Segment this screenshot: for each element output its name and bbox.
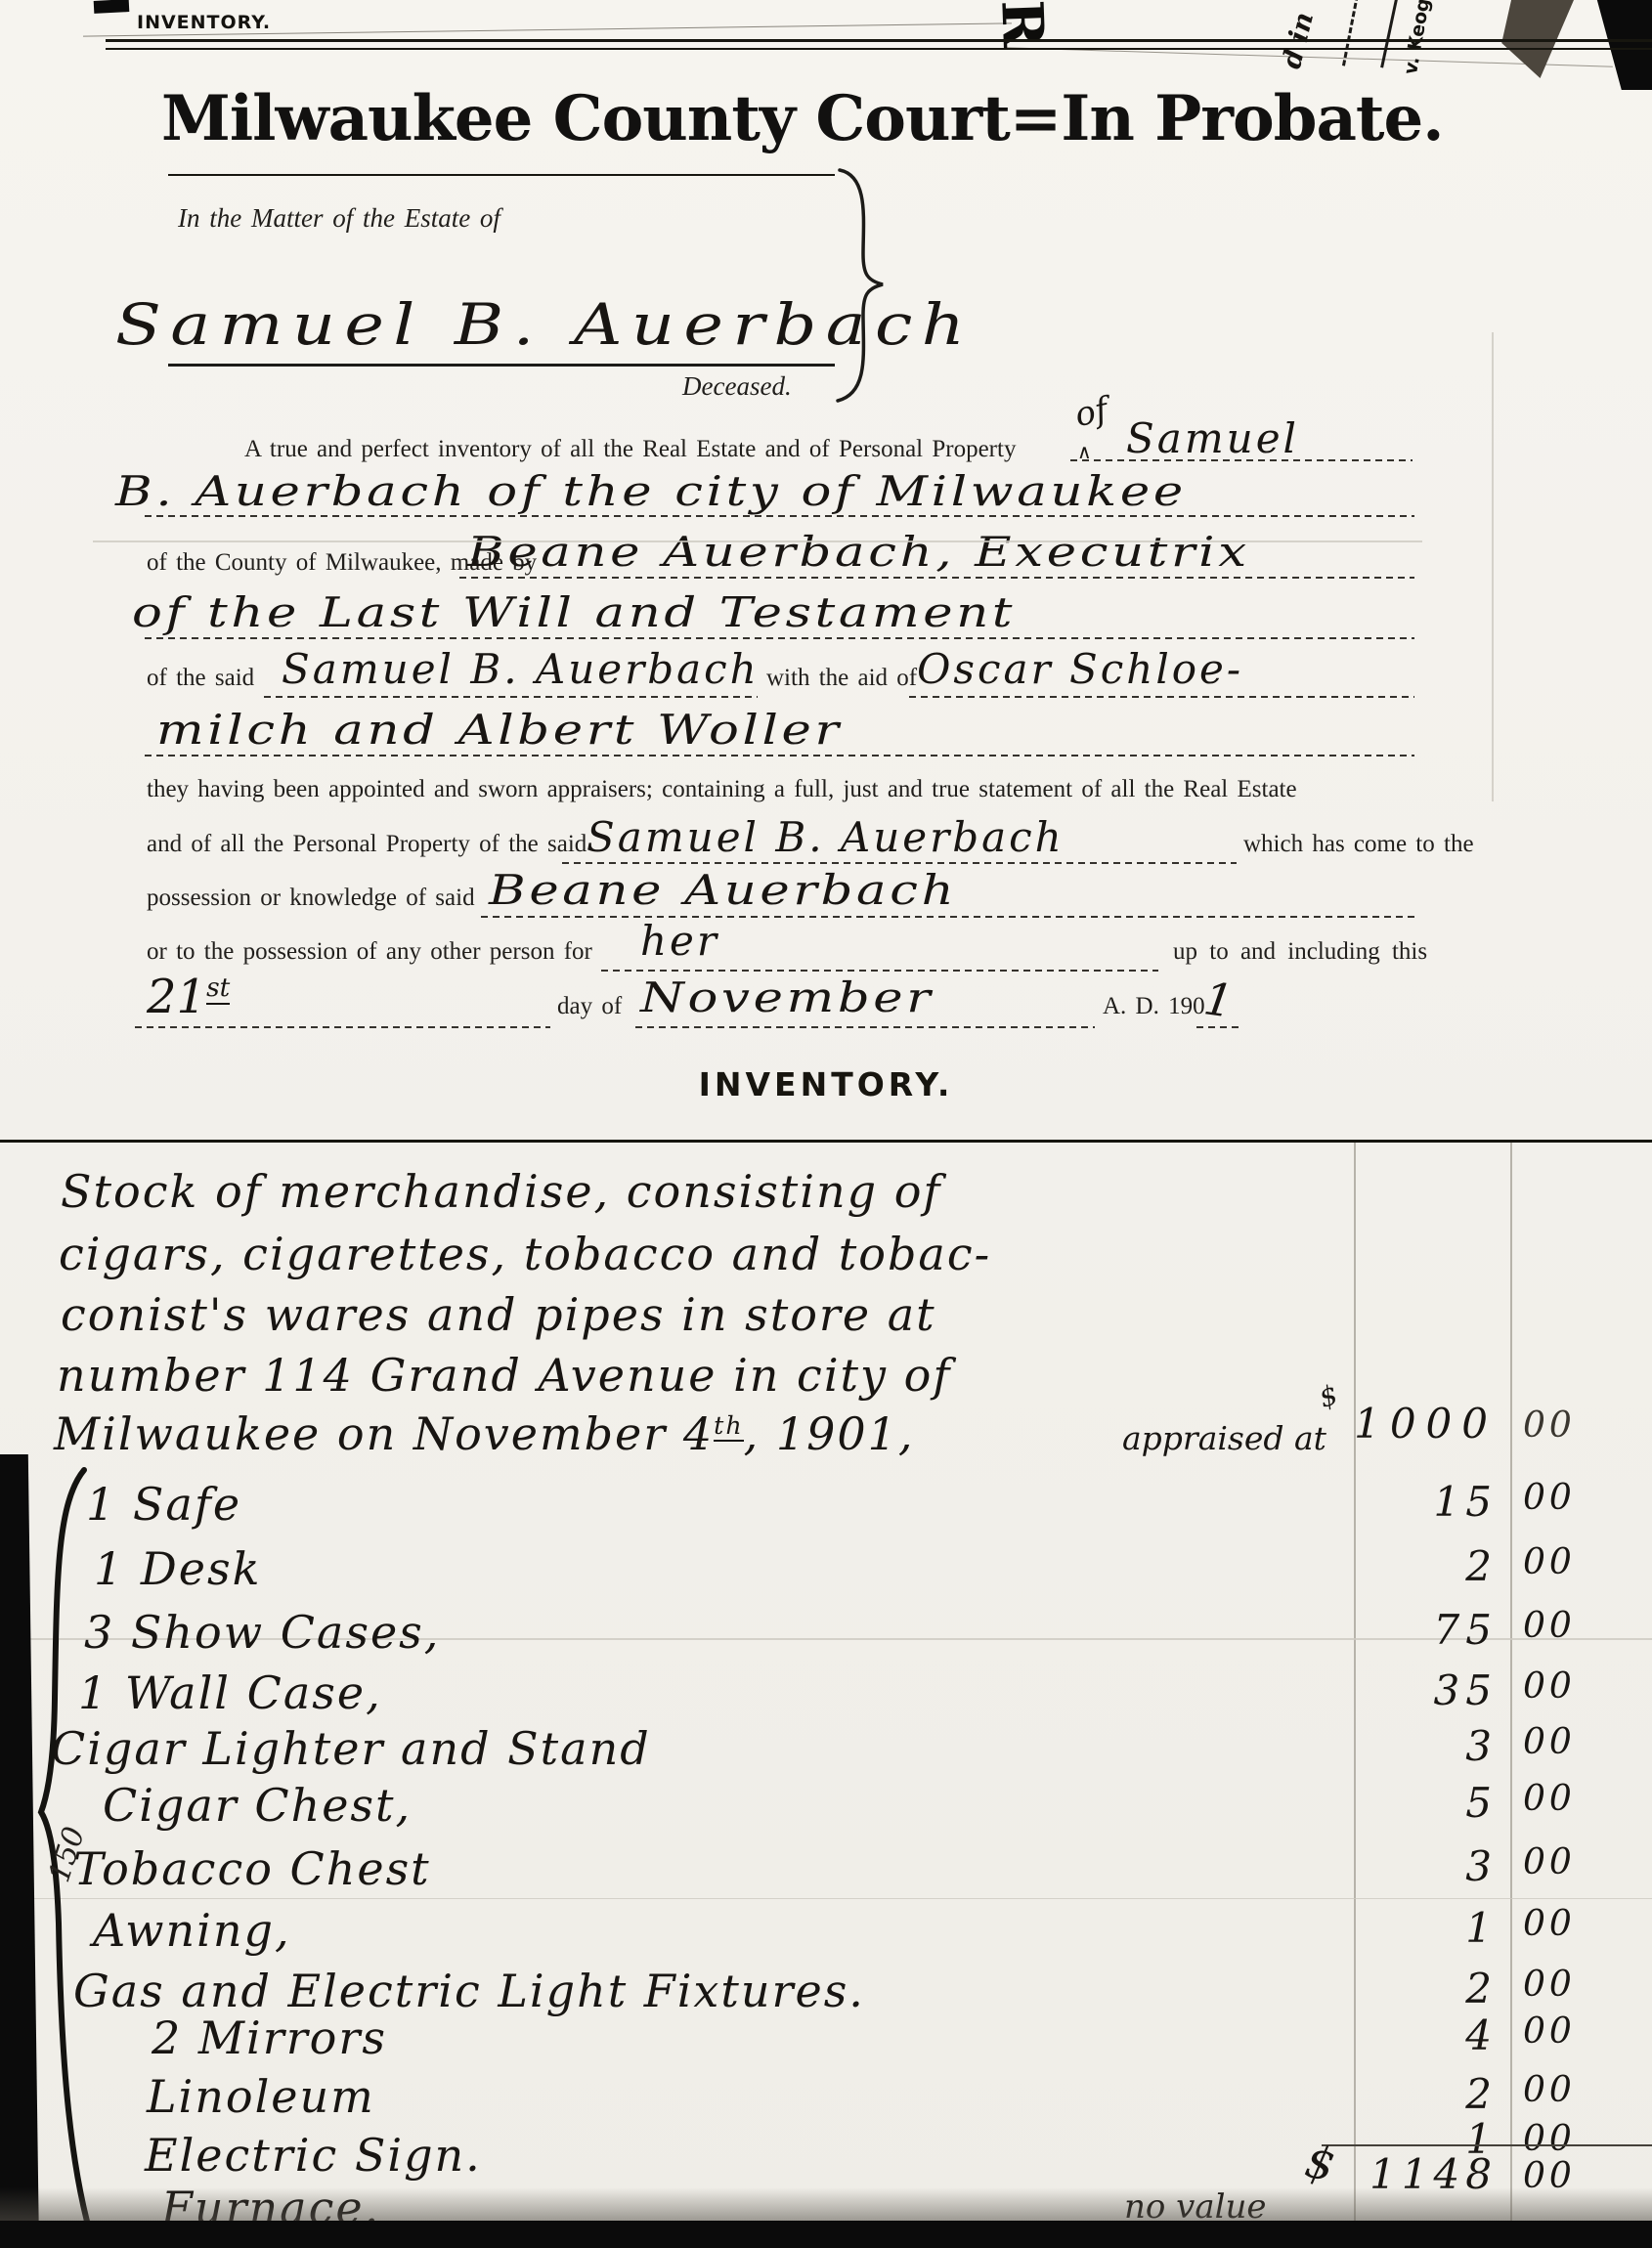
form-line2-hand: B. Auerbach of the city of Milwaukee xyxy=(115,467,1187,515)
deceased-label: Deceased. xyxy=(682,371,792,402)
inventory-item-dollars: 1 xyxy=(1241,1904,1498,1952)
form-line11-printed-a: day of xyxy=(557,993,622,1020)
crease-horizontal-upper xyxy=(93,540,1422,542)
inventory-item-label: 2 Mirrors xyxy=(152,2011,387,2064)
desc5-ordinal: th xyxy=(714,1411,743,1442)
inventory-item-row: 2 Mirrors400 xyxy=(0,2011,1652,2068)
inventory-item-cents: 00 xyxy=(1523,1666,1601,1707)
inventory-item-label: Gas and Electric Light Fixtures. xyxy=(73,1965,865,2017)
inventory-item-cents: 00 xyxy=(1523,1965,1601,2005)
form-line5-hand-b: Oscar Schloe- xyxy=(917,645,1243,693)
inventory-item-label: Tobacco Chest xyxy=(73,1842,431,1895)
solid-edge-line xyxy=(1380,0,1399,67)
form-line9-hand: Beane Auerbach xyxy=(489,866,957,914)
total-rule xyxy=(1322,2144,1652,2146)
top-left-inventory-label: INVENTORY. xyxy=(137,12,271,33)
document-title: Milwaukee County Court=In Probate. xyxy=(161,82,1373,155)
day-number: 21 xyxy=(147,970,206,1024)
inventory-item-cents: 00 xyxy=(1523,2070,1601,2110)
estate-name-underline xyxy=(168,364,835,367)
inventory-section-rule xyxy=(0,1140,1652,1143)
header-rule-thin xyxy=(106,48,1652,50)
dotted-line-2 xyxy=(145,515,1414,517)
dotted-line-6 xyxy=(145,755,1414,757)
inventory-desc-line3: conist's wares and pipes in store at xyxy=(61,1288,936,1341)
inventory-item-label: 3 Show Cases, xyxy=(84,1606,440,1659)
inventory-item-label: Cigar Chest, xyxy=(103,1779,412,1832)
dotted-line-11c xyxy=(1196,1026,1239,1028)
inventory-item-label: 1 Safe xyxy=(86,1478,241,1531)
form-line3-hand: Beane Auerbach, Executrix xyxy=(467,528,1250,576)
inventory-item-label: Linoleum xyxy=(147,2070,375,2123)
inventory-heading: INVENTORY. xyxy=(582,1065,1070,1103)
inventory-item-dollars: 35 xyxy=(1241,1666,1498,1714)
inventory-desc-line5: Milwaukee on November 4th, 1901, xyxy=(54,1407,915,1460)
estate-top-rule xyxy=(168,174,835,176)
dotted-line-5b xyxy=(909,696,1414,698)
inventory-item-dollars: 2 xyxy=(1241,1542,1498,1590)
inventory-item-cents: 00 xyxy=(1523,2119,1601,2159)
inventory-item-cents: 00 xyxy=(1523,1722,1601,1762)
form-line11-printed-b: A. D. 190 xyxy=(1103,993,1205,1020)
header-rule-thick xyxy=(106,39,1652,42)
inventory-item-cents: 00 xyxy=(1523,1842,1601,1882)
inventory-desc-line1: Stock of merchandise, consisting of xyxy=(61,1165,941,1218)
form-line1-printed: A true and perfect inventory of all the … xyxy=(244,436,1016,463)
day-suffix: st xyxy=(206,973,230,1005)
inventory-item-row: Cigar Lighter and Stand300 xyxy=(0,1722,1652,1779)
inventory-item-row: 1 Desk200 xyxy=(0,1542,1652,1599)
inventory-item-row: 1 Wall Case,3500 xyxy=(0,1666,1652,1723)
form-line10-hand: her xyxy=(640,917,719,965)
form-line10-printed-a: or to the possession of any other person… xyxy=(147,938,592,966)
form-day-hand: 21st xyxy=(147,970,230,1024)
inventory-item-dollars: 3 xyxy=(1241,1722,1498,1770)
inventory-item-row: Cigar Chest,500 xyxy=(0,1779,1652,1836)
inventory-item-label: Awning, xyxy=(93,1904,291,1957)
estate-intro: In the Matter of the Estate of xyxy=(178,203,500,234)
form-line4-hand: of the Last Will and Testament xyxy=(132,588,1016,636)
appraised-dollars: 1000 xyxy=(1241,1400,1498,1448)
form-line1-hand: Samuel xyxy=(1126,414,1299,462)
form-line8-printed-b: which has come to the xyxy=(1243,831,1474,858)
dotted-line-4 xyxy=(145,637,1414,639)
rotated-text-fragment-keog: v. Keog xyxy=(1400,0,1434,76)
crease-vertical-right xyxy=(1492,332,1494,801)
inventory-item-row: 1 Safe1500 xyxy=(0,1478,1652,1535)
inventory-item-cents: 00 xyxy=(1523,2011,1601,2052)
dotted-line-11b xyxy=(635,1026,1095,1028)
inventory-item-cents: 00 xyxy=(1523,1542,1601,1582)
inventory-item-dollars: 2 xyxy=(1241,2070,1498,2118)
dotted-line-10 xyxy=(601,970,1158,972)
inventory-item-cents: 00 xyxy=(1523,1779,1601,1819)
estate-brace xyxy=(826,166,889,405)
inventory-item-dollars: 4 xyxy=(1241,2011,1498,2059)
bottom-shadow-strip xyxy=(0,2187,1652,2221)
dotted-line-8 xyxy=(562,862,1237,864)
dotted-line-11a xyxy=(135,1026,550,1028)
inventory-item-cents: 00 xyxy=(1523,1478,1601,1518)
inventory-item-label: 1 Wall Case, xyxy=(78,1666,382,1719)
inventory-item-cents: 00 xyxy=(1523,1904,1601,1944)
form-line10-printed-b: up to and including this xyxy=(1173,938,1427,966)
inventory-item-label: 1 Desk xyxy=(94,1542,261,1595)
form-line5-printed-b: with the aid of xyxy=(766,665,917,692)
inventory-item-dollars: 2 xyxy=(1241,1965,1498,2012)
top-right-black-corner xyxy=(1576,0,1652,90)
form-line6-hand: milch and Albert Woller xyxy=(156,706,843,754)
form-line9-printed: possession or knowledge of said xyxy=(147,885,475,912)
top-left-scan-mark xyxy=(94,0,130,14)
inventory-item-row: 3 Show Cases,7500 xyxy=(0,1606,1652,1663)
inventory-item-row: Awning,100 xyxy=(0,1904,1652,1961)
form-line7-printed: they having been appointed and sworn app… xyxy=(147,776,1297,803)
dotted-line-9 xyxy=(481,916,1414,918)
form-year-hand: 1 xyxy=(1200,972,1237,1028)
inventory-item-cents: 00 xyxy=(1523,1606,1601,1646)
inventory-item-dollars: 3 xyxy=(1241,1842,1498,1890)
dashed-edge-line xyxy=(1342,0,1359,66)
inventory-item-dollars: 75 xyxy=(1241,1606,1498,1654)
form-line5-printed-a: of the said xyxy=(147,665,254,692)
bottom-scan-edge xyxy=(0,2221,1652,2248)
desc5-year: , 1901, xyxy=(744,1407,915,1460)
inventory-desc-line2: cigars, cigarettes, tobacco and tobac- xyxy=(59,1228,991,1280)
appraised-cents: 00 xyxy=(1523,1405,1601,1446)
inventory-item-label: Electric Sign. xyxy=(145,2129,482,2182)
form-line5-hand-a: Samuel B. Auerbach xyxy=(282,645,760,693)
inventory-desc-line4: number 114 Grand Avenue in city of xyxy=(57,1349,951,1402)
inventory-item-label: Cigar Lighter and Stand xyxy=(51,1722,651,1775)
desc5-text: Milwaukee on November 4 xyxy=(54,1407,714,1460)
scanned-probate-document: INVENTORY. R d in v. Keog Milwaukee Coun… xyxy=(0,0,1652,2248)
dotted-line-5a xyxy=(264,696,758,698)
inventory-item-dollars: 15 xyxy=(1241,1478,1498,1526)
inventory-item-dollars: 5 xyxy=(1241,1779,1498,1827)
form-line8-printed-a: and of all the Personal Property of the … xyxy=(147,831,587,858)
dotted-line-3 xyxy=(459,577,1414,579)
form-line1-insert-word: of xyxy=(1071,390,1111,435)
dotted-line-1 xyxy=(1070,459,1413,461)
form-month-hand: November xyxy=(640,973,934,1021)
form-line8-hand: Samuel B. Auerbach xyxy=(587,813,1065,861)
inventory-item-row: Tobacco Chest300 xyxy=(0,1842,1652,1899)
